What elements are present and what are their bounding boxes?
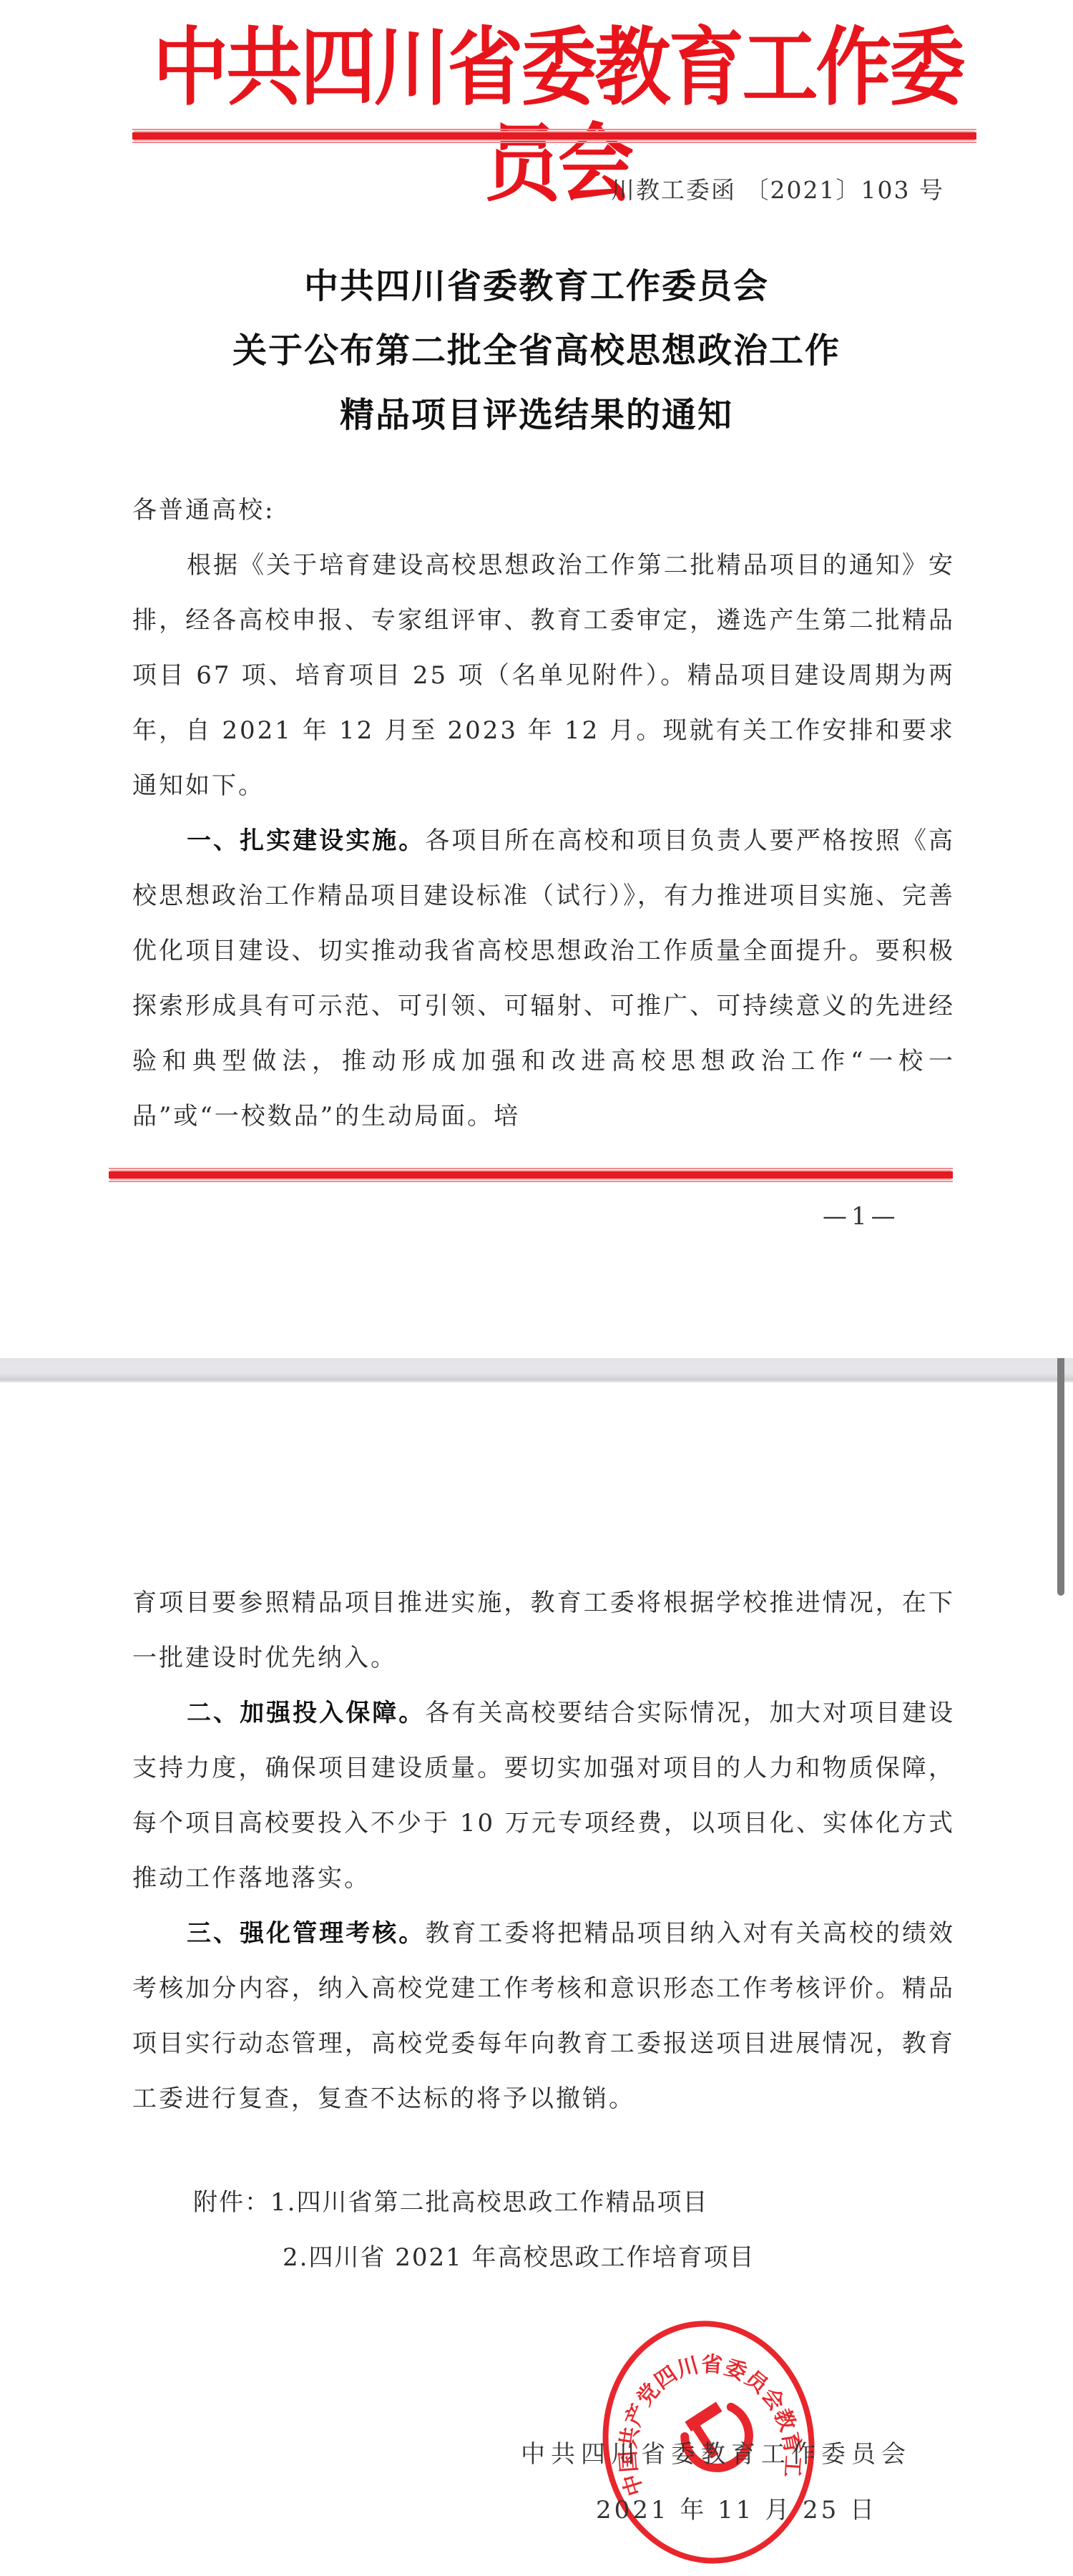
signature-date: 2021 年 11 月 25 日 (596, 2489, 877, 2532)
paragraph-section-1-continued: 育项目要参照精品项目推进实施，教育工委将根据学校推进情况，在下一批建设时优先纳入… (132, 1576, 955, 1686)
salutation: 各普通高校: (132, 483, 275, 538)
section-3-body: 教育工委将把精品项目纳入对有关高校的绩效考核加分内容，纳入高校党建工作考核和意识… (132, 1919, 955, 2113)
document-title: 中共四川省委教育工作委员会 关于公布第二批全省高校思想政治工作 精品项目评选结果… (0, 254, 1073, 447)
section-2-heading: 二、加强投入保障。 (187, 1699, 425, 1727)
title-line-1: 中共四川省委教育工作委员会 (0, 254, 1073, 318)
letterhead-title: 中共四川省委教育工作委员会 (136, 20, 980, 116)
vertical-scrollbar[interactable] (1057, 1358, 1064, 1596)
attachments-list: 附件：1.四川省第二批高校思政工作精品项目 2.四川省 2021 年高校思政工作… (193, 2175, 755, 2285)
paragraph-section-3: 三、强化管理考核。教育工委将把精品项目纳入对有关高校的绩效考核加分内容，纳入高校… (132, 1906, 955, 2127)
page-number: —1— (823, 1202, 900, 1231)
paragraph-section-1: 一、扎实建设实施。各项目所在高校和项目负责人要严格按照《高校思想政治工作精品项目… (132, 814, 955, 1144)
document-number: 川教工委函 〔2021〕103 号 (611, 172, 944, 205)
page-separator (0, 1358, 1073, 1382)
seal-text: 中国共产党四川省委员会教育工作委员会 (594, 2313, 809, 2507)
footer-red-rule (109, 1171, 953, 1179)
title-line-2: 关于公布第二批全省高校思想政治工作 (0, 318, 1073, 383)
paragraph-intro: 根据《关于培育建设高校思想政治工作第二批精品项目的通知》安排，经各高校申报、专家… (132, 538, 955, 814)
section-2-body: 各有关高校要结合实际情况，加大对项目建设支持力度，确保项目建设质量。要切实加强对… (132, 1699, 955, 1893)
section-3-heading: 三、强化管理考核。 (187, 1919, 425, 1948)
attachment-1: 附件：1.四川省第二批高校思政工作精品项目 (193, 2175, 755, 2230)
svg-text:中国共产党四川省委员会教育工作委员会: 中国共产党四川省委员会教育工作委员会 (594, 2313, 809, 2507)
section-1-body: 各项目所在高校和项目负责人要严格按照《高校思想政治工作精品项目建设标准（试行）》… (132, 826, 955, 1131)
attachment-2: 2.四川省 2021 年高校思政工作培育项目 (193, 2230, 755, 2285)
document-page-1: 中共四川省委教育工作委员会 川教工委函 〔2021〕103 号 中共四川省委教育… (0, 0, 1073, 1358)
section-1-heading: 一、扎实建设实施。 (187, 826, 425, 855)
paragraph-section-2: 二、加强投入保障。各有关高校要结合实际情况，加大对项目建设支持力度，确保项目建设… (132, 1686, 955, 1906)
title-line-3: 精品项目评选结果的通知 (0, 383, 1073, 447)
signature-organization: 中共四川省委教育工作委员会 (521, 2433, 911, 2476)
letterhead-red-rule (132, 132, 976, 140)
